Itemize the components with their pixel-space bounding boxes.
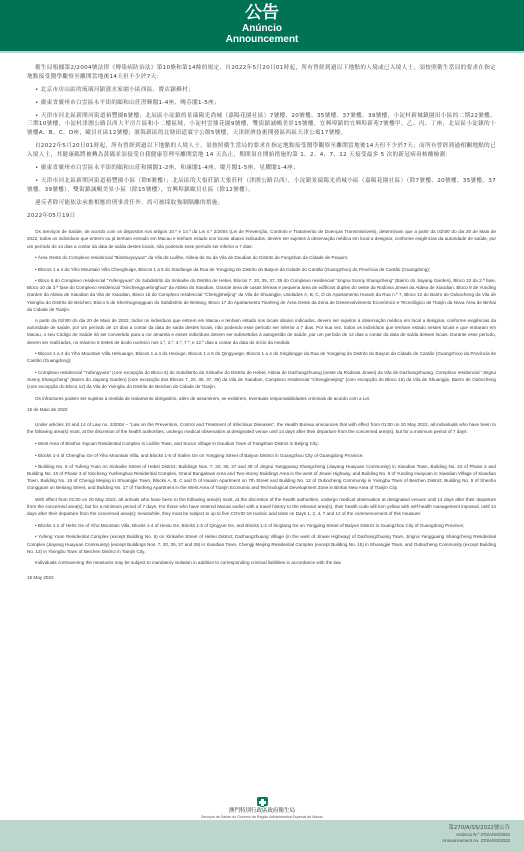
zh-closing: 違反者除可能依法承擔相應的刑事責任外，尚可被採取強制隔離的措施。 xyxy=(27,199,496,208)
en-item: • Building No. 6 of Yufeng Yuan on Xinka… xyxy=(27,463,496,491)
en-item: • Blocks 1-2 of Hehe Ge of Yiho Mountain… xyxy=(27,522,496,529)
ref-zh: 第270/A/SS/2022號公告 xyxy=(442,825,510,832)
zh-item: • 天津市河北區新開河街道裕豐園6號樓；北辰區小淀鎮的景瑞陽光尚城（嘉陽花園社區… xyxy=(27,112,496,138)
en-date: 19 May 2022 xyxy=(27,574,496,581)
announcement-reference: 第270/A/SS/2022號公告 Anúncio N.º 270/A/SS/2… xyxy=(442,825,510,844)
en-intro: Under articles 10 and 14 of Law no. 2/20… xyxy=(27,421,496,435)
pt-date: 19 de Maio de 2022 xyxy=(27,406,496,413)
title-en: Announcement xyxy=(0,34,524,45)
zh-item: • 北京市房山區的琉璃河鎮濱水家園小區西區、竇店鎮蘇村； xyxy=(27,86,496,95)
pt-item: • Complexo residencial “Yufengyuan” (com… xyxy=(27,369,496,390)
zh-item: • 天津市河北區新開河街道裕豐園小區（除6號樓）；北辰區的大張莊鎮大張莊村（津圍… xyxy=(27,177,496,194)
en-item: • Blocks 1-4 of Chenghui Ge of Yiho Moun… xyxy=(27,452,496,459)
pt-item: • Bloco 6 do Complexo residencial “Yufen… xyxy=(27,277,496,312)
zh-intro: 衛生局根據第2/2004號法律《傳染病防治法》第10條和第14條的規定，自202… xyxy=(27,64,496,81)
title-pt: Anúncio xyxy=(0,23,524,34)
en-item: • West Area of Binshui Yayuan Residentia… xyxy=(27,440,496,447)
pt-item: • Área Oeste do Complexo residencial “Bi… xyxy=(27,254,496,261)
en-item: • Yufeng Yuan Residential Complex (excep… xyxy=(27,533,496,554)
pt-closing: Os infractores podem ser sujeitos à medi… xyxy=(27,395,496,402)
pt-para2: A partir da 01h00 do dia 20 de Maio de 2… xyxy=(27,317,496,345)
zh-item: • 廣東省廣州市白雲區永平街的頤和山莊澄輝閣1-4座、曉芬閣1-5座； xyxy=(27,99,496,108)
ref-en: Announcement no. 270/A/SS/2022 xyxy=(442,838,510,844)
en-closing: Individuals contravening the measures ma… xyxy=(27,559,496,566)
pt-item: • Blocos 1 a 2 do Yiho Mountain Villa He… xyxy=(27,350,496,364)
health-bureau-logo-icon xyxy=(255,793,269,807)
organization-signature: 澳門特別行政區政府衛生局 Serviços de Saúde do Govern… xyxy=(0,793,524,820)
announcement-footer: 第270/A/SS/2022號公告 Anúncio N.º 270/A/SS/2… xyxy=(0,820,524,852)
title-zh: 公告 xyxy=(0,4,524,23)
zh-para2: 自2022年5月20日01時起，所有曾經到過以下地點的人境人士，須按照衛生當局的… xyxy=(27,142,496,159)
zh-item: • 廣東省廣州市白雲區永平街的頤和山莊和園閣1-2座、和康閣1-4座、慶月閣1-… xyxy=(27,164,496,173)
pt-item: • Blocos 1 a 4 do Yiho Mountain Villa Ch… xyxy=(27,266,496,273)
announcement-body: 衛生局根據第2/2004號法律《傳染病防治法》第10條和第14條的規定，自202… xyxy=(27,64,496,586)
zh-date: 2022年05月19日 xyxy=(27,212,496,221)
org-name-zh: 澳門特別行政區政府衛生局 xyxy=(0,808,524,815)
en-para2: With effect from 01:00 on 20 May 2022, a… xyxy=(27,496,496,517)
announcement-header: 公告 Anúncio Announcement xyxy=(0,0,524,53)
pt-intro: Os Serviços de Saúde, de acordo com os d… xyxy=(27,228,496,249)
